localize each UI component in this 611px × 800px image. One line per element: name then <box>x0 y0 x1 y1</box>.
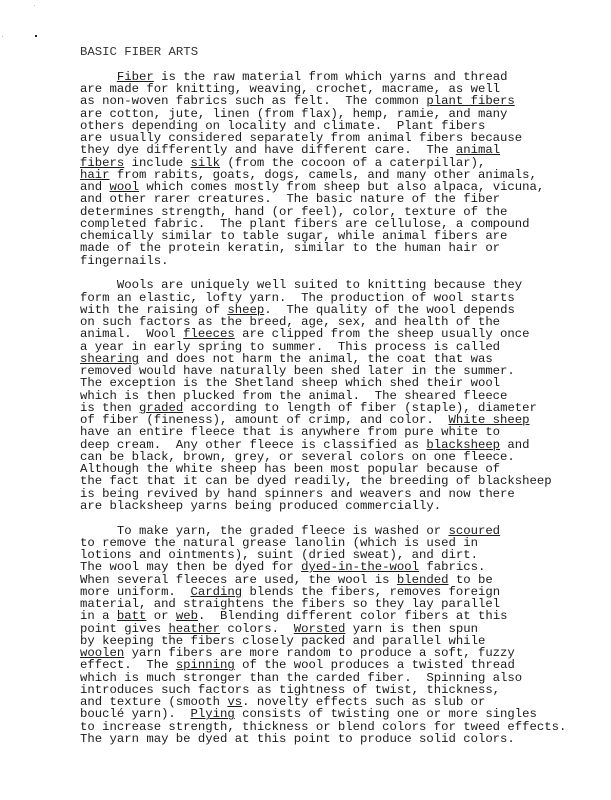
text-line: fingernails. <box>80 255 600 267</box>
text-run: The yarn may be dyed at this point to pr… <box>80 732 515 746</box>
text-line: The yarn may be dyed at this point to pr… <box>80 733 600 745</box>
scan-speck <box>34 5 35 6</box>
paragraph-1: Fiber is the raw material from which yar… <box>80 71 600 267</box>
text-line: are blacksheep yarns being produced comm… <box>80 500 600 512</box>
document-body: Fiber is the raw material from which yar… <box>80 71 600 745</box>
text-run: are blacksheep yarns being produced comm… <box>80 499 441 513</box>
paragraph-3: To make yarn, the graded fleece is washe… <box>80 525 600 746</box>
typed-document-page: BASIC FIBER ARTS Fiber is the raw materi… <box>80 46 600 745</box>
document-title: BASIC FIBER ARTS <box>80 46 600 58</box>
paragraph-2: Wools are uniquely well suited to knitti… <box>80 279 600 512</box>
scan-speck <box>35 35 37 37</box>
scan-speck <box>2 36 3 37</box>
text-run: fingernails. <box>80 254 168 268</box>
